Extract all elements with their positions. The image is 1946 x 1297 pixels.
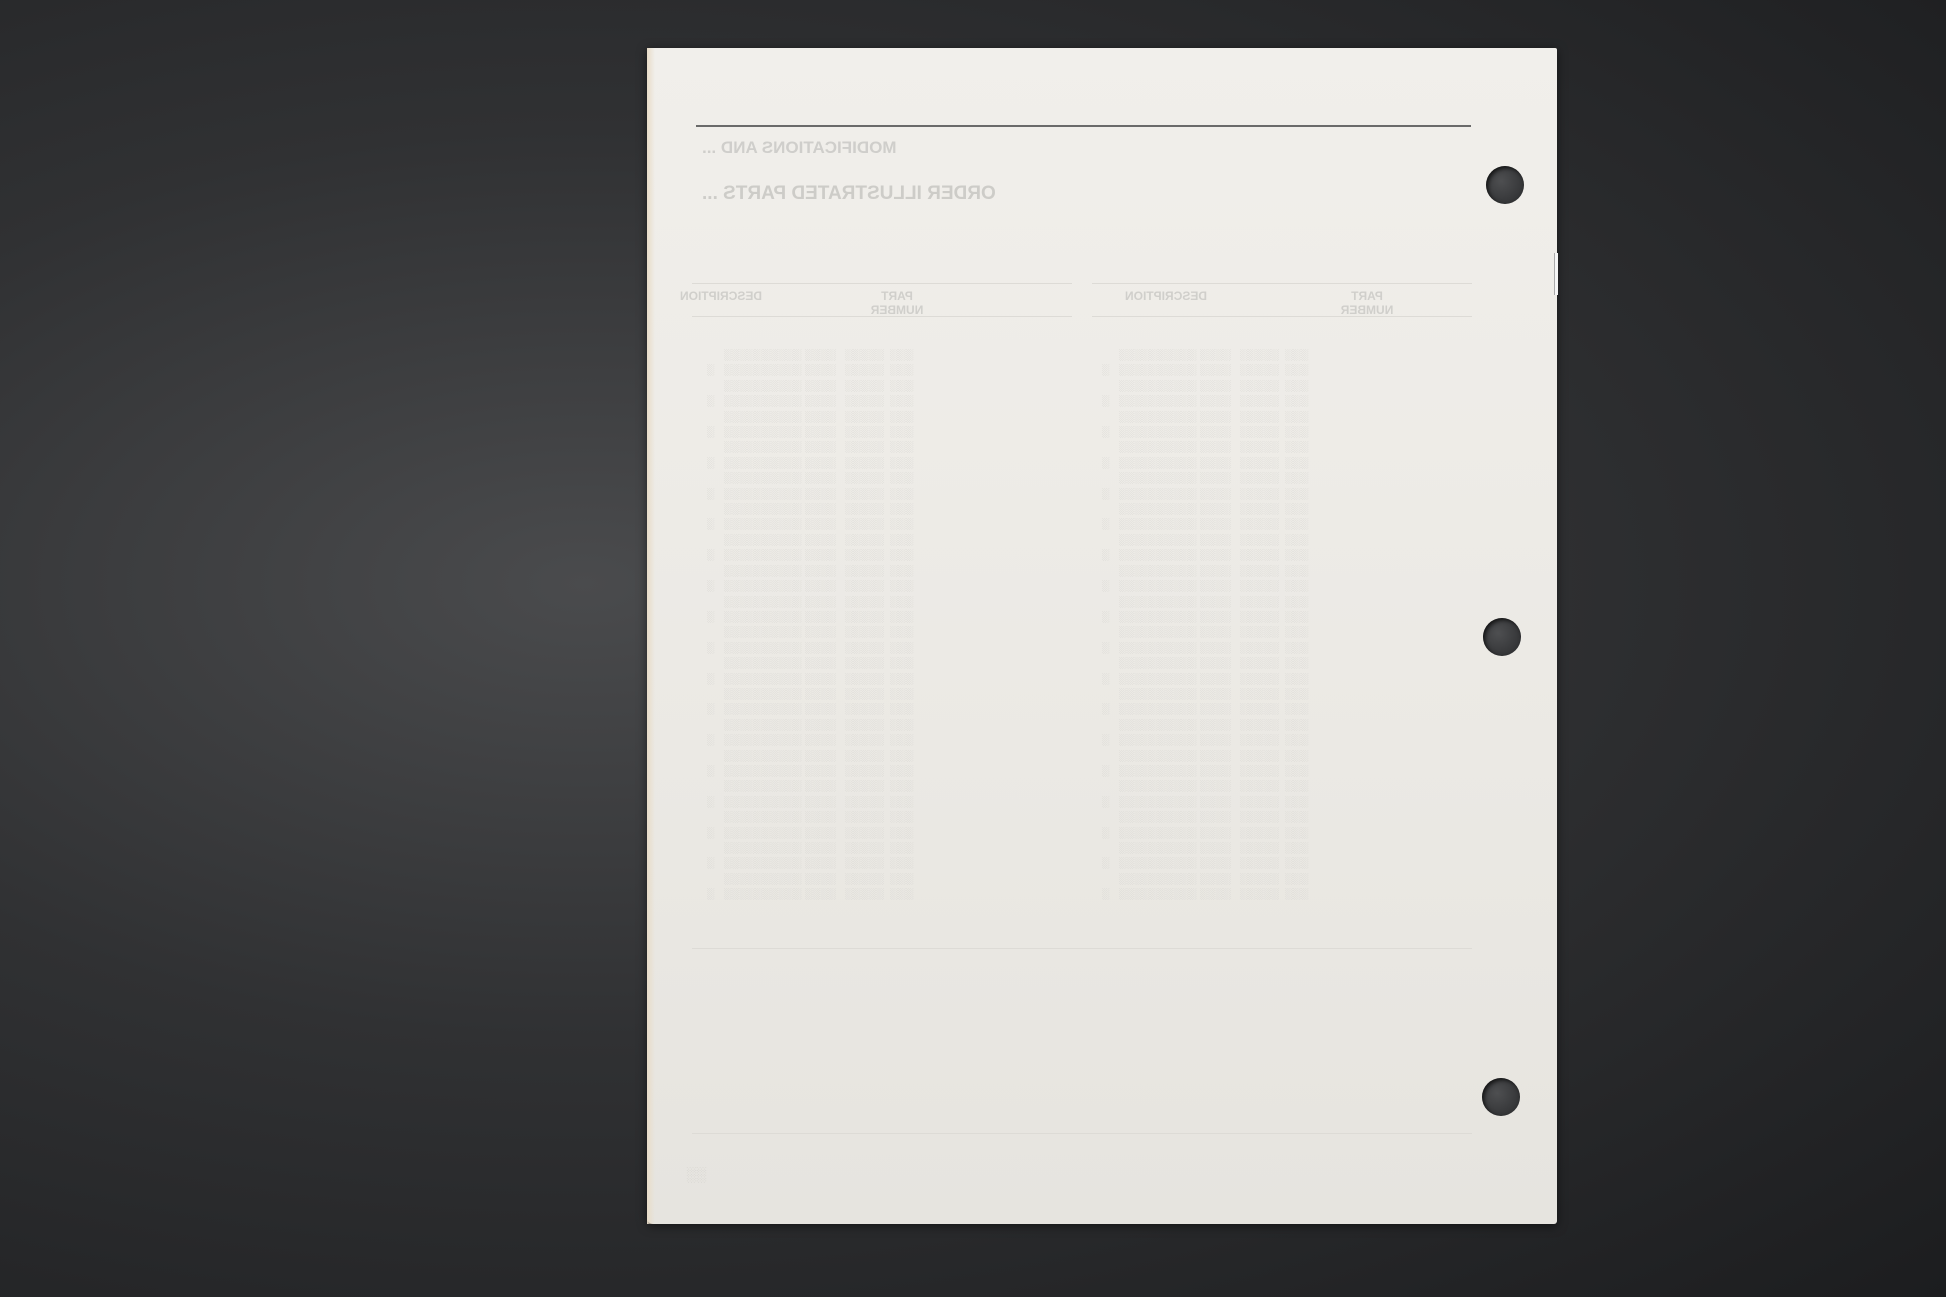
mirrored-page-number: ░░: [687, 1166, 707, 1182]
edge-tab: [1554, 253, 1558, 295]
mirrored-header: PART NUMBER: [867, 289, 927, 317]
divider: [1092, 316, 1472, 317]
divider: [692, 1133, 1472, 1134]
mirrored-header: DESCRIPTION: [702, 289, 762, 303]
punch-hole: [1483, 618, 1521, 656]
divider: [692, 948, 1472, 949]
mirrored-title-1: MODIFICATIONS AND ...: [702, 138, 897, 158]
mirrored-title-2: ORDER ILLUSTRATED PARTS ...: [702, 183, 996, 205]
divider: [692, 283, 1072, 284]
mirrored-rows-left: ░░░ ░░░░░ ░░░░ ░░░░░░░░░░ ░░░ ░░░░░ ░░░░…: [707, 348, 914, 903]
mirrored-header: PART NUMBER: [1327, 289, 1407, 317]
mirrored-header: DESCRIPTION: [1127, 289, 1207, 303]
punch-hole: [1486, 166, 1524, 204]
mirrored-rows-right: ░░░ ░░░░░ ░░░░ ░░░░░░░░░░ ░░░ ░░░░░ ░░░░…: [1102, 348, 1309, 903]
paper-sheet: MODIFICATIONS AND ... ORDER ILLUSTRATED …: [647, 48, 1557, 1224]
punch-hole: [1482, 1078, 1520, 1116]
divider: [1092, 283, 1472, 284]
header-rule: [696, 125, 1471, 127]
